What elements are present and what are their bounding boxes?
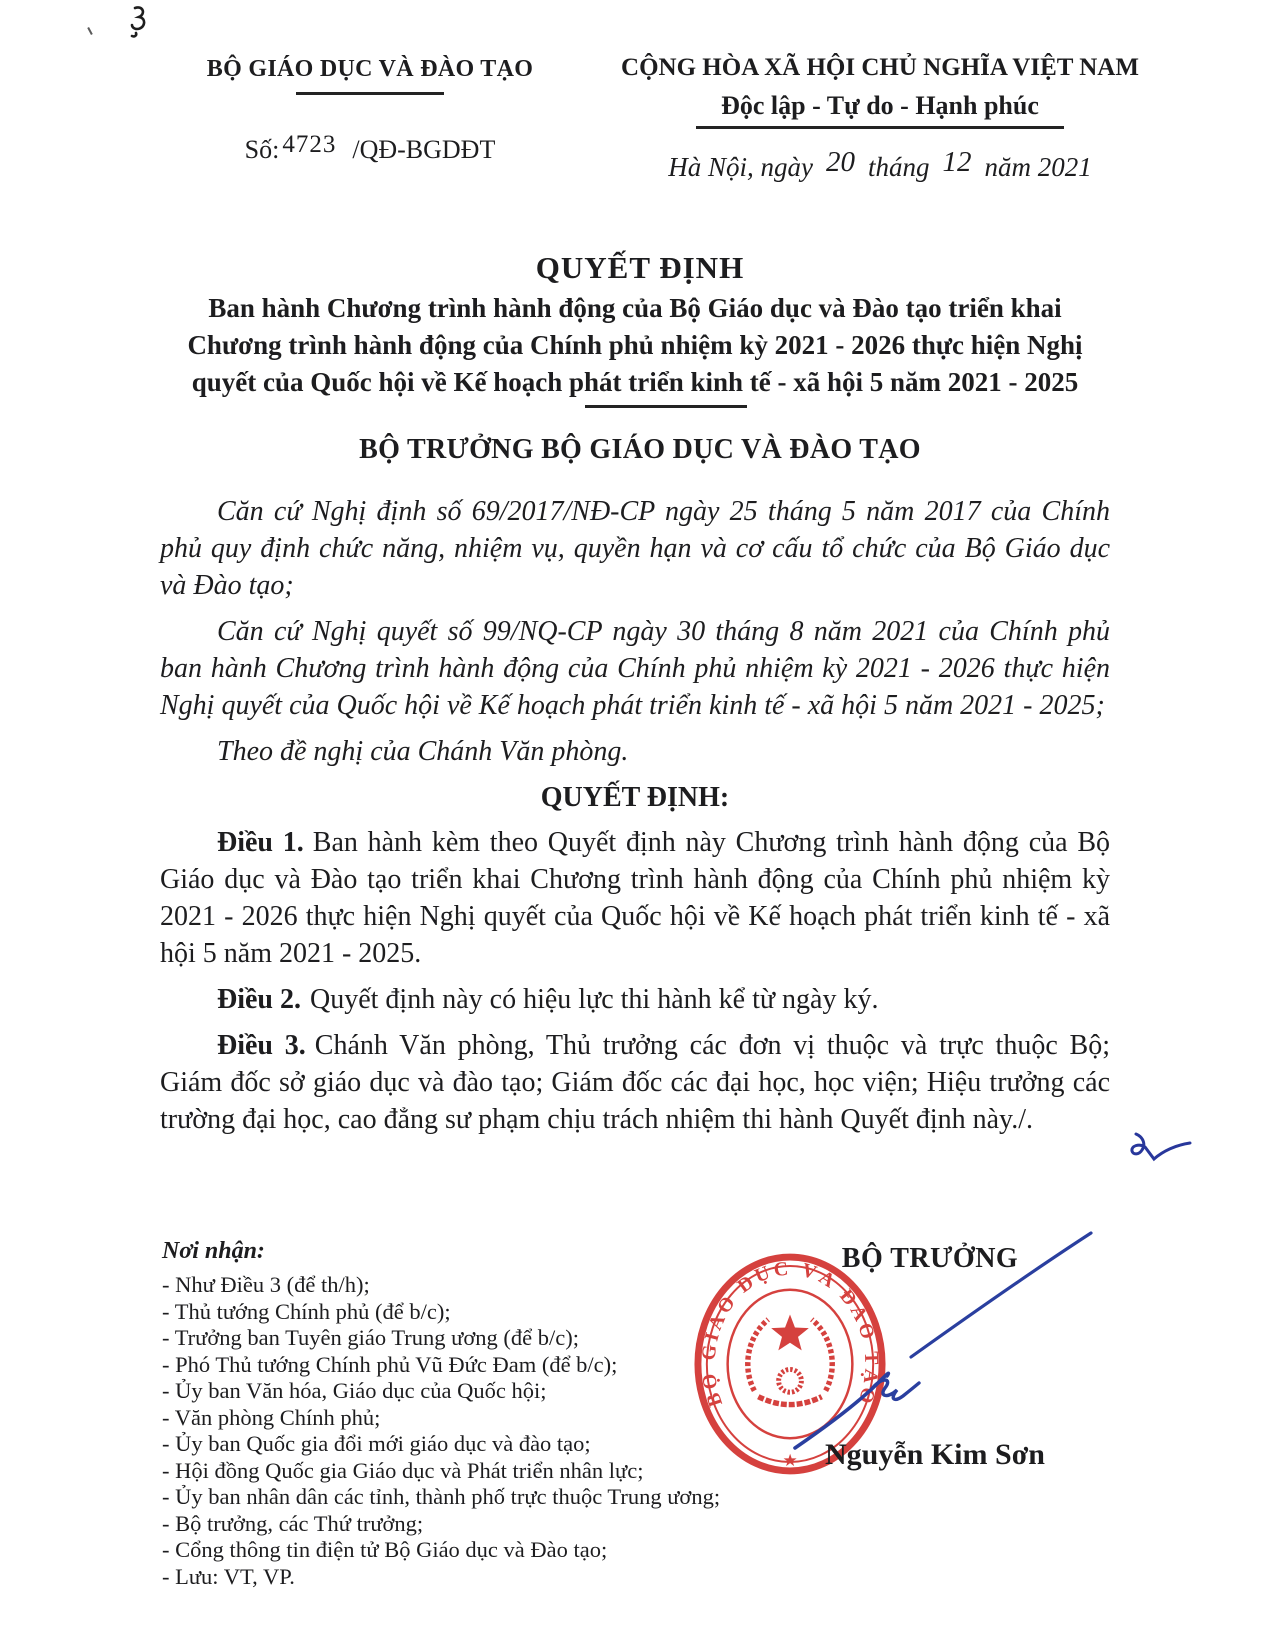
date-line: Hà Nội, ngày20tháng12năm 2021 xyxy=(585,151,1175,184)
signer-title: BỘ TRƯỞNG xyxy=(800,1243,1060,1275)
date-prefix: Hà Nội, ngày xyxy=(668,152,813,182)
doc-number-prefix: Số: xyxy=(245,135,280,164)
preamble-paragraph: Căn cứ Nghị quyết số 99/NQ-CP ngày 30 th… xyxy=(160,613,1110,724)
date-mid: tháng xyxy=(868,152,930,182)
decision-heading: QUYẾT ĐỊNH: xyxy=(160,779,1110,816)
recipient-line: - Bộ trưởng, các Thứ trưởng; xyxy=(162,1511,720,1538)
recipient-line: - Phó Thủ tướng Chính phủ Vũ Đức Đam (để… xyxy=(162,1352,720,1379)
recipient-line: - Trưởng ban Tuyên giáo Trung ương (để b… xyxy=(162,1325,720,1352)
recipient-line: - Như Điều 3 (để th/h); xyxy=(162,1272,720,1299)
signer-name: Nguyễn Kim Sơn xyxy=(805,1438,1065,1472)
document-page: BỘ GIÁO DỤC VÀ ĐÀO TẠO Số:4723/QĐ-BGDĐT … xyxy=(0,0,1270,1633)
national-name: CỘNG HÒA XÃ HỘI CHỦ NGHĨA VIỆT NAM xyxy=(585,54,1175,82)
national-motto: Độc lập - Tự do - Hạnh phúc xyxy=(585,91,1175,121)
scan-artifact-tick xyxy=(87,27,93,35)
scan-artifact-mark xyxy=(126,4,152,38)
article-1: Điều 1.Ban hành kèm theo Quyết định này … xyxy=(160,824,1110,972)
preamble-paragraph: Căn cứ Nghị định số 69/2017/NĐ-CP ngày 2… xyxy=(160,493,1110,604)
org-name: BỘ GIÁO DỤC VÀ ĐÀO TẠO xyxy=(190,56,550,83)
document-subject: Ban hành Chương trình hành động của Bộ G… xyxy=(170,290,1100,401)
recipient-line: - Lưu: VT, VP. xyxy=(162,1564,720,1591)
article-text: Quyết định này có hiệu lực thi hành kể t… xyxy=(310,984,878,1015)
pen-flourish xyxy=(1126,1130,1192,1170)
article-label: Điều 2. xyxy=(217,984,301,1015)
recipient-line: - Cổng thông tin điện tử Bộ Giáo dục và … xyxy=(162,1537,720,1564)
document-kind-title: QUYẾT ĐỊNH xyxy=(0,250,1270,286)
recipient-line: - Ủy ban nhân dân các tỉnh, thành phố tr… xyxy=(162,1484,720,1511)
document-body: Căn cứ Nghị định số 69/2017/NĐ-CP ngày 2… xyxy=(160,493,1110,1147)
nation-block: CỘNG HÒA XÃ HỘI CHỦ NGHĨA VIỆT NAM Độc l… xyxy=(585,54,1175,184)
issuing-authority: BỘ TRƯỞNG BỘ GIÁO DỤC VÀ ĐÀO TẠO xyxy=(0,434,1270,466)
recipients-block: Nơi nhận: - Như Điều 3 (để th/h); - Thủ … xyxy=(162,1238,720,1590)
date-month: 12 xyxy=(943,146,972,179)
doc-number: Số:4723/QĐ-BGDĐT xyxy=(190,135,550,165)
doc-number-value: 4723 xyxy=(282,131,336,159)
recipient-line: - Ủy ban Quốc gia đổi mới giáo dục và đà… xyxy=(162,1431,720,1458)
org-underline xyxy=(296,92,444,95)
recipient-line: - Văn phòng Chính phủ; xyxy=(162,1405,720,1432)
preamble-paragraph: Theo đề nghị của Chánh Văn phòng. xyxy=(160,733,1110,770)
recipient-line: - Ủy ban Văn hóa, Giáo dục của Quốc hội; xyxy=(162,1378,720,1405)
article-label: Điều 3. xyxy=(217,1030,306,1061)
doc-number-suffix: /QĐ-BGDĐT xyxy=(352,135,495,164)
article-2: Điều 2.Quyết định này có hiệu lực thi hà… xyxy=(160,981,1110,1018)
article-label: Điều 1. xyxy=(217,827,304,858)
recipient-line: - Hội đồng Quốc gia Giáo dục và Phát tri… xyxy=(162,1458,720,1485)
recipients-label: Nơi nhận: xyxy=(162,1238,720,1265)
subject-underline xyxy=(585,405,747,408)
date-suffix: năm 2021 xyxy=(985,152,1092,182)
recipient-line: - Thủ tướng Chính phủ (để b/c); xyxy=(162,1299,720,1326)
motto-underline xyxy=(696,126,1064,129)
date-day: 20 xyxy=(826,146,855,179)
article-3: Điều 3.Chánh Văn phòng, Thủ trưởng các đ… xyxy=(160,1027,1110,1138)
org-block: BỘ GIÁO DỤC VÀ ĐÀO TẠO Số:4723/QĐ-BGDĐT xyxy=(190,56,550,165)
